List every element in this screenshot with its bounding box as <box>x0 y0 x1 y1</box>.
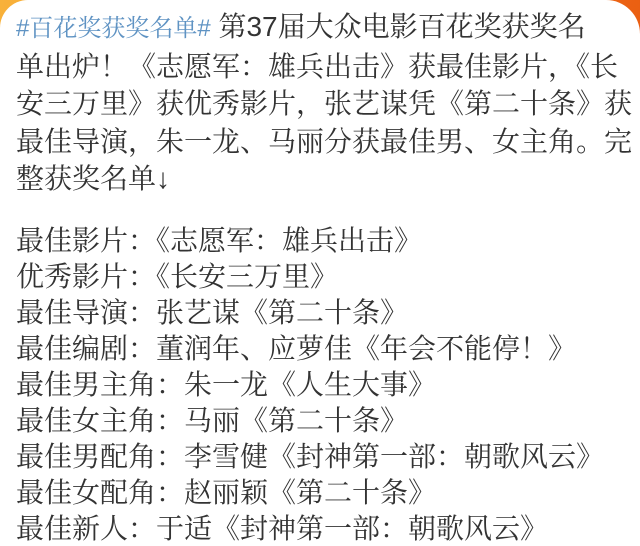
award-list-item: 最佳影片：《志愿军：雄兵出击》 <box>16 223 630 259</box>
award-list-item: 优秀影片：《长安三万里》 <box>16 259 630 295</box>
intro-line: 整获奖名单↓ <box>16 160 630 198</box>
award-list-item: 最佳编剧：董润年、应萝佳《年会不能停！》 <box>16 331 630 367</box>
post-card: #百花奖获奖名单# 第37届大众电影百花奖获奖名 单出炉！《志愿军：雄兵出击》获… <box>0 0 640 546</box>
intro-line-first-rest: 第37届大众电影百花奖获奖名 <box>211 11 586 42</box>
award-list-item: 最佳男配角：李雪健《封神第一部：朝歌风云》 <box>16 439 630 475</box>
award-list-item: 最佳男主角：朱一龙《人生大事》 <box>16 367 630 403</box>
hashtag-link[interactable]: #百花奖获奖名单# <box>16 15 211 42</box>
award-list-item: 最佳导演：张艺谋《第二十条》 <box>16 295 630 331</box>
intro-line-first: #百花奖获奖名单# 第37届大众电影百花奖获奖名 <box>16 8 630 48</box>
awards-list: 最佳影片：《志愿军：雄兵出击》 优秀影片：《长安三万里》 最佳导演：张艺谋《第二… <box>16 223 630 546</box>
award-list-item: 最佳新人：于适《封神第一部：朝歌风云》 <box>16 511 630 546</box>
award-list-item: 最佳女配角：赵丽颖《第二十条》 <box>16 475 630 511</box>
page-background: #百花奖获奖名单# 第37届大众电影百花奖获奖名 单出炉！《志愿军：雄兵出击》获… <box>0 0 640 546</box>
award-list-item: 最佳女主角：马丽《第二十条》 <box>16 403 630 439</box>
intro-line: 安三万里》获优秀影片，张艺谋凭《第二十条》获 <box>16 85 630 123</box>
intro-line: 最佳导演，朱一龙、马丽分获最佳男、女主角。完 <box>16 123 630 161</box>
post-intro: #百花奖获奖名单# 第37届大众电影百花奖获奖名 单出炉！《志愿军：雄兵出击》获… <box>16 8 630 198</box>
intro-line: 单出炉！《志愿军：雄兵出击》获最佳影片，《长 <box>16 48 630 86</box>
